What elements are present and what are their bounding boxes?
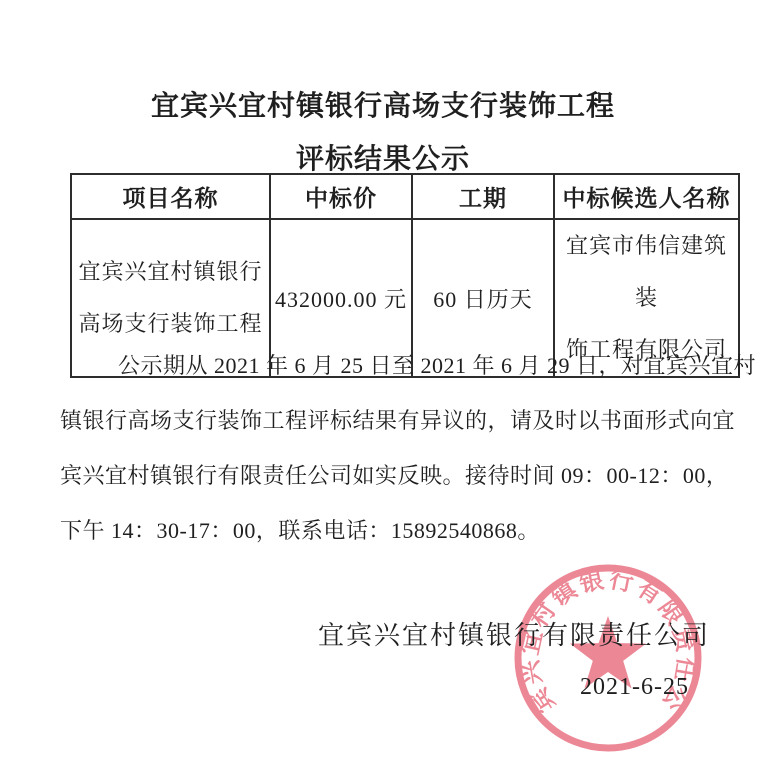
document-title-line1: 宜宾兴宜村镇银行高场支行装饰工程 bbox=[0, 84, 766, 124]
col-header-duration: 工期 bbox=[412, 174, 554, 219]
col-header-winning-price: 中标价 bbox=[270, 174, 412, 219]
body-line-4: 下午 14：30-17：00，联系电话：15892540868。 bbox=[60, 503, 730, 558]
signature-date: 2021-6-25 bbox=[580, 674, 689, 701]
table-header-row: 项目名称 中标价 工期 中标候选人名称 bbox=[71, 174, 739, 219]
body-line-3: 宾兴宜村镇银行有限责任公司如实反映。接待时间 09：00-12：00， bbox=[60, 448, 730, 503]
cell-winner-name-line1: 宜宾市伟信建筑装 bbox=[555, 220, 738, 324]
col-header-winner-name: 中标候选人名称 bbox=[554, 174, 739, 219]
signature-company-name: 宜宾兴宜村镇银行有限责任公司 bbox=[0, 615, 710, 652]
col-header-project-name: 项目名称 bbox=[71, 174, 270, 219]
announcement-body: 公示期从 2021 年 6 月 25 日至 2021 年 6 月 29 日，对宜… bbox=[60, 338, 730, 558]
bid-result-announcement-page: 宜宾兴宜村镇银行高场支行装饰工程 评标结果公示 项目名称 中标价 工期 中标候选… bbox=[0, 0, 766, 779]
document-title-line2: 评标结果公示 bbox=[0, 137, 766, 177]
body-line-1: 公示期从 2021 年 6 月 25 日至 2021 年 6 月 29 日，对宜… bbox=[60, 338, 730, 393]
company-seal: 宜宾兴宜村镇银行有限责任公司 bbox=[510, 560, 706, 756]
body-line-2: 镇银行高场支行装饰工程评标结果有异议的，请及时以书面形式向宜 bbox=[60, 393, 730, 448]
cell-project-name-line1: 宜宾兴宜村镇银行 bbox=[72, 246, 269, 298]
